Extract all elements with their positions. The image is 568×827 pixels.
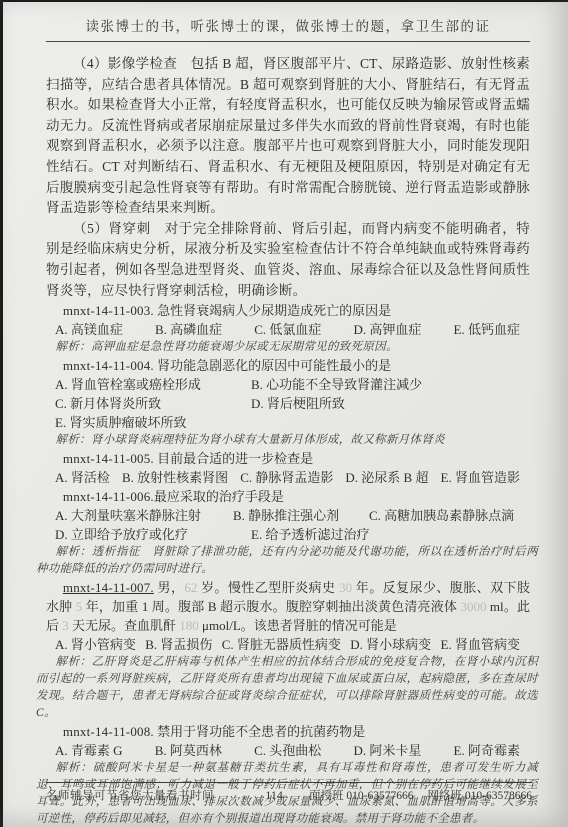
option-item: A. 肾小管病变: [55, 635, 136, 654]
question-stem: mnxt-14-11-007. 男，62 岁。慢性乙型肝炎病史 30 年。反复尿…: [46, 578, 530, 635]
option-item: C. 头孢曲松: [254, 741, 321, 760]
questions-section: mnxt-14-11-003. 急性肾衰竭病人少尿期造成死亡的原因是A. 高镁血…: [46, 301, 530, 827]
options-line: A. 青霉素 GB. 阿莫西林C. 头孢曲松D. 阿米卡星E. 阿奇霉素: [46, 741, 530, 760]
page-footer: 名师辅导可节省您大量看书时间 114 面授班 010-63577666 网络班 …: [46, 782, 532, 803]
stem-text: μmol/L。该患者肾脏的情况可能是: [199, 618, 397, 633]
option-item: C. 静脉肾盂造影: [240, 468, 333, 487]
option-item: B. 心功能不全导致肾灌注减少: [251, 375, 422, 394]
header-slogan: 读张博士的书，听张博士的课，做张博士的题，拿卫生部的证: [46, 15, 530, 35]
stem-text: 岁。慢性乙型肝炎病史: [197, 580, 339, 595]
stem-faint-number: 3000: [461, 599, 487, 614]
stem-text: 禁用于肾功能不全患者的抗菌药物是: [154, 724, 365, 739]
question-block: mnxt-14-11-005. 目前最合适的进一步检查是A. 肾活检B. 放射性…: [46, 449, 530, 487]
analysis-text: 解析：高钾血症是急性肾功能衰竭少尿或无尿期常见的致死原因。: [36, 339, 538, 356]
question-id: mnxt-14-11-008.: [63, 724, 154, 739]
footer-contact-classroom: 面授班 010-63577666: [309, 787, 413, 803]
page-content: （4）影像学检查 包括 B 超，肾区腹部平片、CT、尿路造影、放射性核素扫描等，…: [0, 42, 568, 827]
option-item: B. 放射性核素肾图: [122, 468, 228, 487]
question-block: mnxt-14-11-004. 肾功能急剧恶化的原因中可能性最小的是A. 肾血管…: [46, 356, 530, 449]
option-item: A. 肾血管栓塞或癌栓形成: [55, 375, 251, 394]
stem-faint-number: 30: [339, 580, 352, 595]
analysis-text: 解析：肾小球肾炎病理特征为肾小球有大量新月体形成，故又称新月体肾炎: [36, 432, 538, 449]
stem-faint-number: 62: [184, 580, 197, 595]
options-line: A. 肾活检B. 放射性核素肾图C. 静脉肾盂造影D. 泌尿系 B 超E. 肾血…: [46, 468, 530, 487]
option-item: A. 肾活检: [55, 468, 110, 487]
question-id: mnxt-14-11-004.: [63, 358, 154, 373]
question-id: mnxt-14-11-007.: [63, 580, 154, 595]
question-id: mnxt-14-11-006.: [63, 489, 154, 504]
option-item: C. 高糖加胰岛素静脉点滴: [369, 506, 514, 525]
option-item: D. 高钾血症: [354, 320, 422, 339]
option-item: D. 泌尿系 B 超: [345, 468, 428, 487]
option-item: E. 肾实质肿瘤破坏所致: [55, 413, 186, 432]
question-block: mnxt-14-11-006.最应采取的治疗手段是A. 大剂量呋塞米静脉注射B.…: [46, 487, 530, 578]
page-left-edge: [0, 0, 3, 827]
analysis-text: 解析：透析指征 肾脏除了排泄功能，还有内分泌功能及代谢功能，所以在透析治疗时后两…: [36, 544, 538, 578]
option-item: C. 肾脏无器质性病变: [222, 635, 341, 654]
option-item: B. 静脉推注强心剂: [233, 506, 369, 525]
question-block: mnxt-14-11-008. 禁用于肾功能不全患者的抗菌药物是A. 青霉素 G…: [46, 722, 530, 827]
footer-rule: [46, 782, 532, 783]
intro-paragraph: （5）肾穿刺 对于完全排除肾前、肾后引起，而肾内病变不能明确者，特别是经临床病史…: [46, 219, 530, 301]
option-item: A. 大剂量呋塞米静脉注射: [55, 506, 233, 525]
stem-text: 男，: [154, 580, 185, 595]
analysis-text: 解析：乙肝肾炎是乙肝病毒与机体产生相应的抗体结合形成的免疫复合物，在肾小球内沉积…: [36, 654, 538, 722]
stem-text: 最应采取的治疗手段是: [154, 489, 284, 504]
option-item: D. 阿米卡星: [353, 741, 421, 760]
footer-row: 名师辅导可节省您大量看书时间 114 面授班 010-63577666 网络班 …: [46, 787, 532, 803]
options-line: A. 大剂量呋塞米静脉注射B. 静脉推注强心剂C. 高糖加胰岛素静脉点滴: [46, 506, 530, 525]
stem-text: 年，加重 1 周。腹部 B 超示腹水。腹腔穿刺抽出淡黄色清亮液体: [82, 599, 460, 614]
question-stem: mnxt-14-11-006.最应采取的治疗手段是: [46, 487, 530, 506]
options-line: A. 肾血管栓塞或癌栓形成B. 心功能不全导致肾灌注减少: [46, 375, 530, 394]
options-line: A. 高镁血症B. 高磷血症C. 低氯血症D. 高钾血症E. 低钙血症: [46, 320, 530, 339]
option-item: C. 新月体肾炎所致: [55, 394, 251, 413]
option-item: C. 低氯血症: [254, 320, 321, 339]
option-item: D. 肾小球病变: [350, 635, 431, 654]
footer-contact-online: 网络班 010-63578666: [428, 787, 532, 803]
option-item: B. 阿莫西林: [155, 741, 222, 760]
intro-section: （4）影像学检查 包括 B 超，肾区腹部平片、CT、尿路造影、放射性核素扫描等，…: [46, 54, 530, 301]
stem-text: 目前最合适的进一步检查是: [154, 451, 313, 466]
option-item: B. 高磷血症: [155, 320, 222, 339]
options-line: D. 立即给予放疗或化疗E. 给予透析滤过治疗: [46, 525, 530, 544]
option-item: D. 肾后梗阻所致: [251, 394, 345, 413]
stem-text: 急性肾衰竭病人少尿期造成死亡的原因是: [154, 303, 391, 318]
option-item: A. 高镁血症: [55, 320, 123, 339]
question-stem: mnxt-14-11-003. 急性肾衰竭病人少尿期造成死亡的原因是: [46, 301, 530, 320]
question-stem: mnxt-14-11-005. 目前最合适的进一步检查是: [46, 449, 530, 468]
options-line: E. 肾实质肿瘤破坏所致: [46, 413, 530, 432]
option-item: B. 肾盂损伤: [145, 635, 212, 654]
option-item: E. 低钙血症: [454, 320, 520, 339]
option-item: E. 肾血管造影: [441, 468, 520, 487]
option-item: D. 立即给予放疗或化疗: [55, 525, 251, 544]
scanned-page: 读张博士的书，听张博士的课，做张博士的题，拿卫生部的证 （4）影像学检查 包括 …: [0, 0, 568, 827]
options-line: A. 肾小管病变B. 肾盂损伤C. 肾脏无器质性病变D. 肾小球病变E. 肾血管…: [46, 635, 530, 654]
options-line: C. 新月体肾炎所致D. 肾后梗阻所致: [46, 394, 530, 413]
question-id: mnxt-14-11-005.: [63, 451, 154, 466]
option-item: A. 青霉素 G: [55, 741, 123, 760]
option-item: E. 阿奇霉素: [454, 741, 520, 760]
page-top-edge: [0, 0, 568, 2]
question-stem: mnxt-14-11-004. 肾功能急剧恶化的原因中可能性最小的是: [46, 356, 530, 375]
page-number: 114: [244, 788, 304, 803]
page-header: 读张博士的书，听张博士的课，做张博士的题，拿卫生部的证: [0, 0, 568, 42]
stem-faint-number: 180: [179, 618, 199, 633]
question-block: mnxt-14-11-007. 男，62 岁。慢性乙型肝炎病史 30 年。反复尿…: [46, 578, 530, 722]
question-stem: mnxt-14-11-008. 禁用于肾功能不全患者的抗菌药物是: [46, 722, 530, 741]
stem-text: 天无尿。查血肌酐: [69, 618, 180, 633]
question-block: mnxt-14-11-003. 急性肾衰竭病人少尿期造成死亡的原因是A. 高镁血…: [46, 301, 530, 356]
footer-slogan: 名师辅导可节省您大量看书时间: [46, 787, 244, 803]
option-item: E. 给予透析滤过治疗: [251, 525, 369, 544]
option-item: E. 肾血管病变: [441, 635, 520, 654]
intro-paragraph: （4）影像学检查 包括 B 超，肾区腹部平片、CT、尿路造影、放射性核素扫描等，…: [46, 54, 530, 219]
footer-contacts: 面授班 010-63577666 网络班 010-63578666: [304, 787, 532, 803]
stem-text: 肾功能急剧恶化的原因中可能性最小的是: [154, 358, 391, 373]
question-id: mnxt-14-11-003.: [63, 303, 154, 318]
